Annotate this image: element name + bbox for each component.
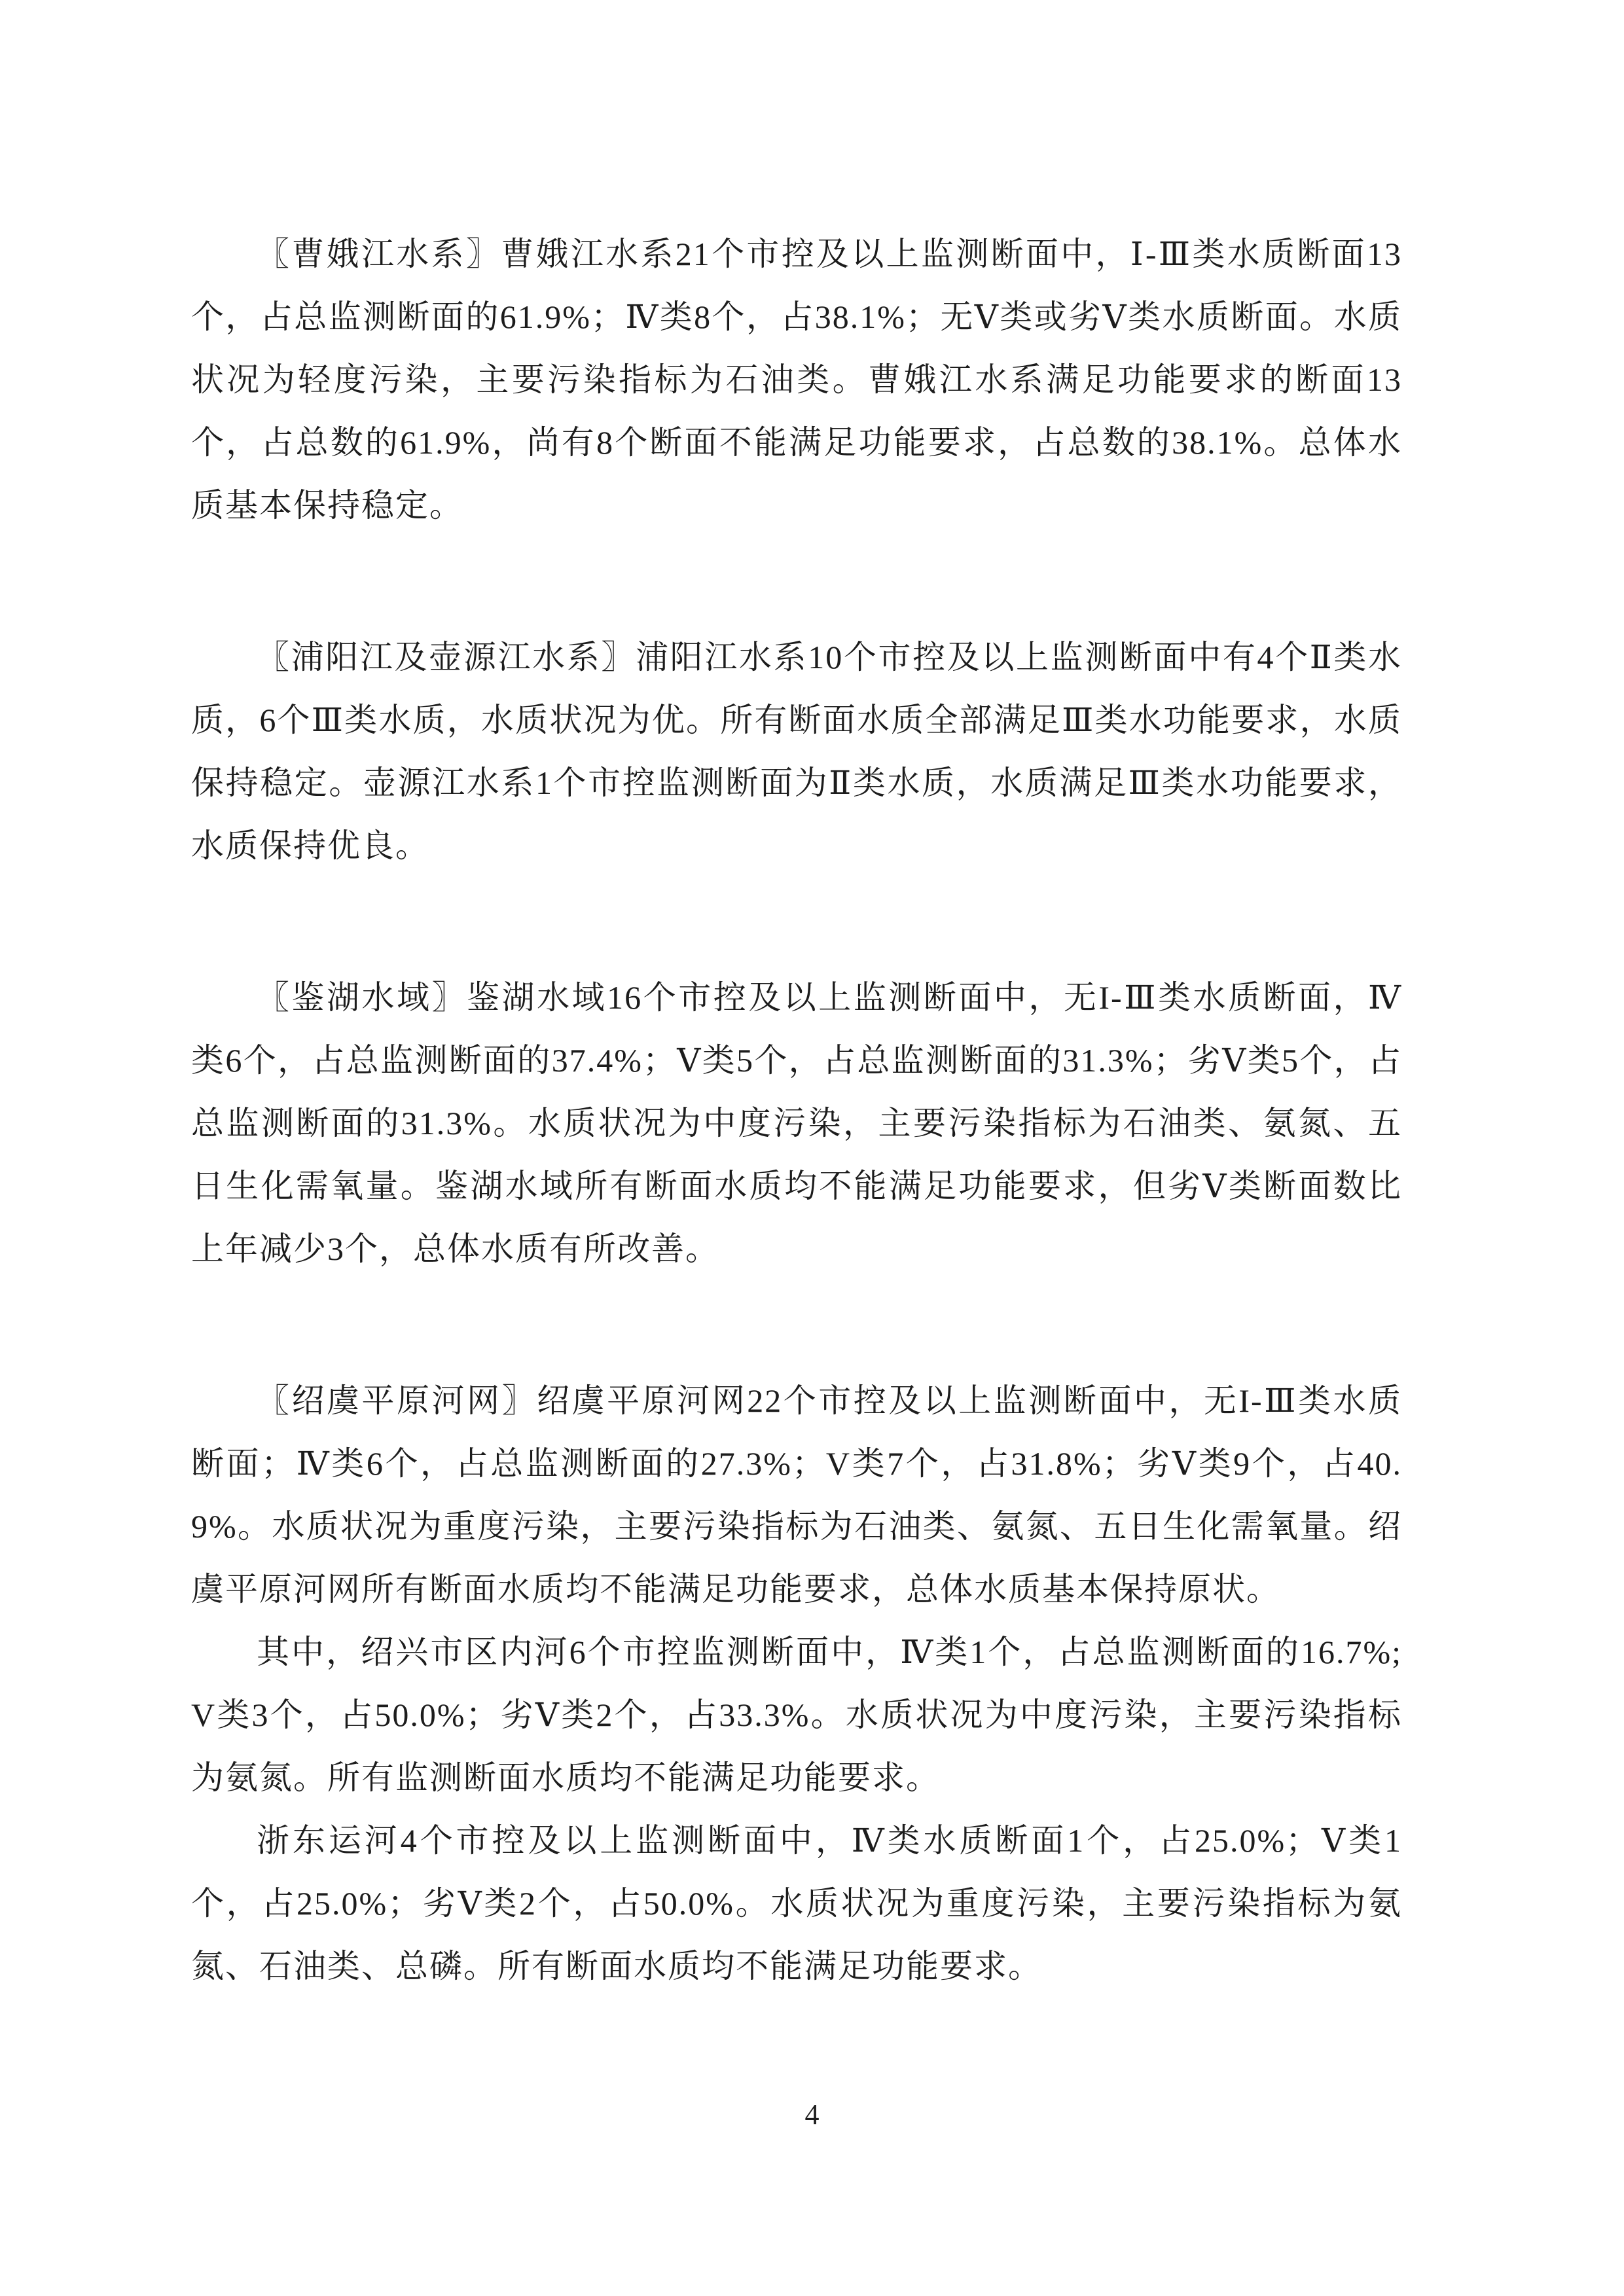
paragraph-zhedong-canal: 浙东运河4个市控及以上监测断面中，Ⅳ类水质断面1个，占25.0%；Ⅴ类1个，占2… bbox=[191, 1809, 1402, 1998]
paragraph-shaoxing-urban-inner-rivers: 其中，绍兴市区内河6个市控监测断面中，Ⅳ类1个，占总监测断面的16.7%;V类3… bbox=[191, 1621, 1402, 1809]
paragraph-shaoyu-plain-river-network: 〖绍虞平原河网〗绍虞平原河网22个市控及以上监测断面中，无I-Ⅲ类水质断面；Ⅳ类… bbox=[191, 1369, 1402, 1621]
paragraph-jianhu-waters: 〖鉴湖水域〗鉴湖水域16个市控及以上监测断面中，无I-Ⅲ类水质断面，Ⅳ类6个，占… bbox=[191, 966, 1402, 1280]
paragraph-puyangjiang-huyuanjiang-river-system: 〖浦阳江及壶源江水系〗浦阳江水系10个市控及以上监测断面中有4个Ⅱ类水质，6个Ⅲ… bbox=[191, 626, 1402, 877]
paragraph-caoejiang-river-system: 〖曹娥江水系〗曹娥江水系21个市控及以上监测断面中，Ⅰ-Ⅲ类水质断面13个，占总… bbox=[191, 223, 1402, 537]
document-page: 〖曹娥江水系〗曹娥江水系21个市控及以上监测断面中，Ⅰ-Ⅲ类水质断面13个，占总… bbox=[191, 223, 1402, 1998]
page-number: 4 bbox=[805, 2098, 820, 2130]
page-footer: 4 bbox=[0, 2098, 1624, 2131]
